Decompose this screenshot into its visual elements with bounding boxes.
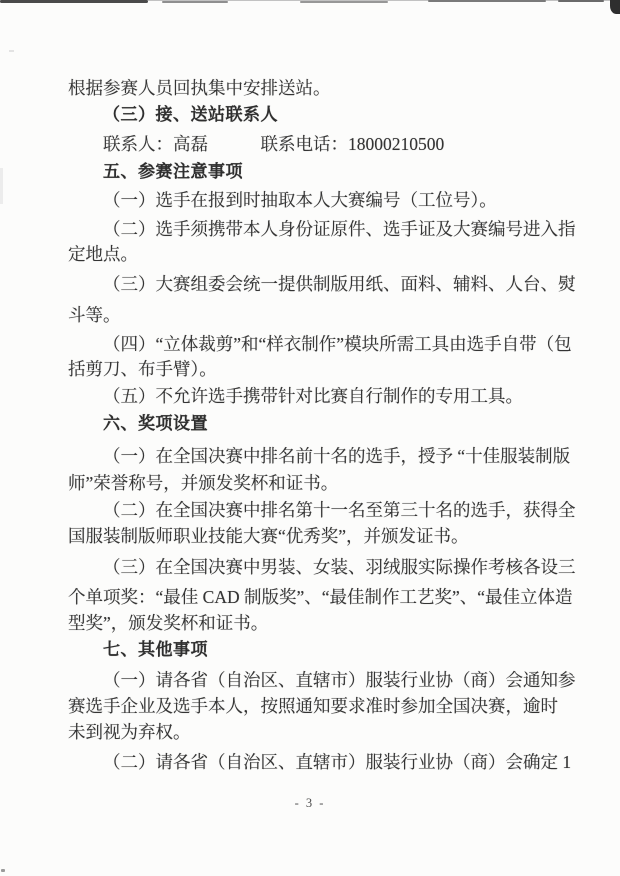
text-line: （四）“立体裁剪”和“样衣制作”模块所需工具由选手自带（包 <box>103 332 572 356</box>
text-line: 联系人：高磊 联系电话：18000210500 <box>103 132 444 156</box>
text-line: 未到视为弃权。 <box>68 720 191 744</box>
text-line: （一）在全国决赛中排名前十名的选手，授予 “十佳服装制版 <box>103 444 570 468</box>
text-layer: 根据参赛人员回执集中安排送站。（三）接、送站联系人联系人：高磊 联系电话：180… <box>0 0 620 876</box>
text-line: 型奖”，颁发奖杯和证书。 <box>68 611 268 635</box>
text-line: （二）请各省（自治区、直辖市）服装行业协（商）会确定 1 <box>103 750 571 774</box>
scanned-document-page: 根据参赛人员回执集中安排送站。（三）接、送站联系人联系人：高磊 联系电话：180… <box>0 0 620 876</box>
section-heading-line: 六、奖项设置 <box>103 412 208 436</box>
text-line: （三）在全国决赛中男装、女装、羽绒服实际操作考核各设三 <box>103 555 576 579</box>
text-line: 斗等。 <box>68 303 121 327</box>
text-line: （二）在全国决赛中排名第十一名至第三十名的选手，获得全 <box>103 498 576 522</box>
text-line: 个单项奖：“最佳 CAD 制版奖”、“最佳制作工艺奖”、“最佳立体造 <box>68 585 573 609</box>
text-line: 根据参赛人员回执集中安排送站。 <box>68 76 331 100</box>
text-line: 师”荣誉称号，并颁发奖杯和证书。 <box>68 471 338 495</box>
text-line: 国服装制版师职业技能大赛“优秀奖”，并颁发证书。 <box>68 524 469 548</box>
text-line: （一）选手在报到时抽取本人大赛编号（工位号）。 <box>103 188 497 212</box>
section-heading-line: 七、其他事项 <box>103 638 208 662</box>
text-line: 赛选手企业及选手本人，按照通知要求准时参加全国决赛，逾时 <box>68 694 558 718</box>
text-line: （三）大赛组委会统一提供制版用纸、面料、辅料、人台、熨 <box>103 272 576 296</box>
text-line: 括剪刀、布手臂）。 <box>68 357 217 381</box>
page-number: - 3 - <box>0 796 620 811</box>
section-heading-line: （三）接、送站联系人 <box>103 103 278 127</box>
text-line: 定地点。 <box>68 242 138 266</box>
text-line: （二）选手须携带本人身份证原件、选手证及大赛编号进入指 <box>103 217 576 241</box>
section-heading-line: 五、参赛注意事项 <box>103 160 243 184</box>
text-line: （五）不允许选手携带针对比赛自行制作的专用工具。 <box>103 384 523 408</box>
text-line: （一）请各省（自治区、直辖市）服装行业协（商）会通知参 <box>103 668 576 692</box>
